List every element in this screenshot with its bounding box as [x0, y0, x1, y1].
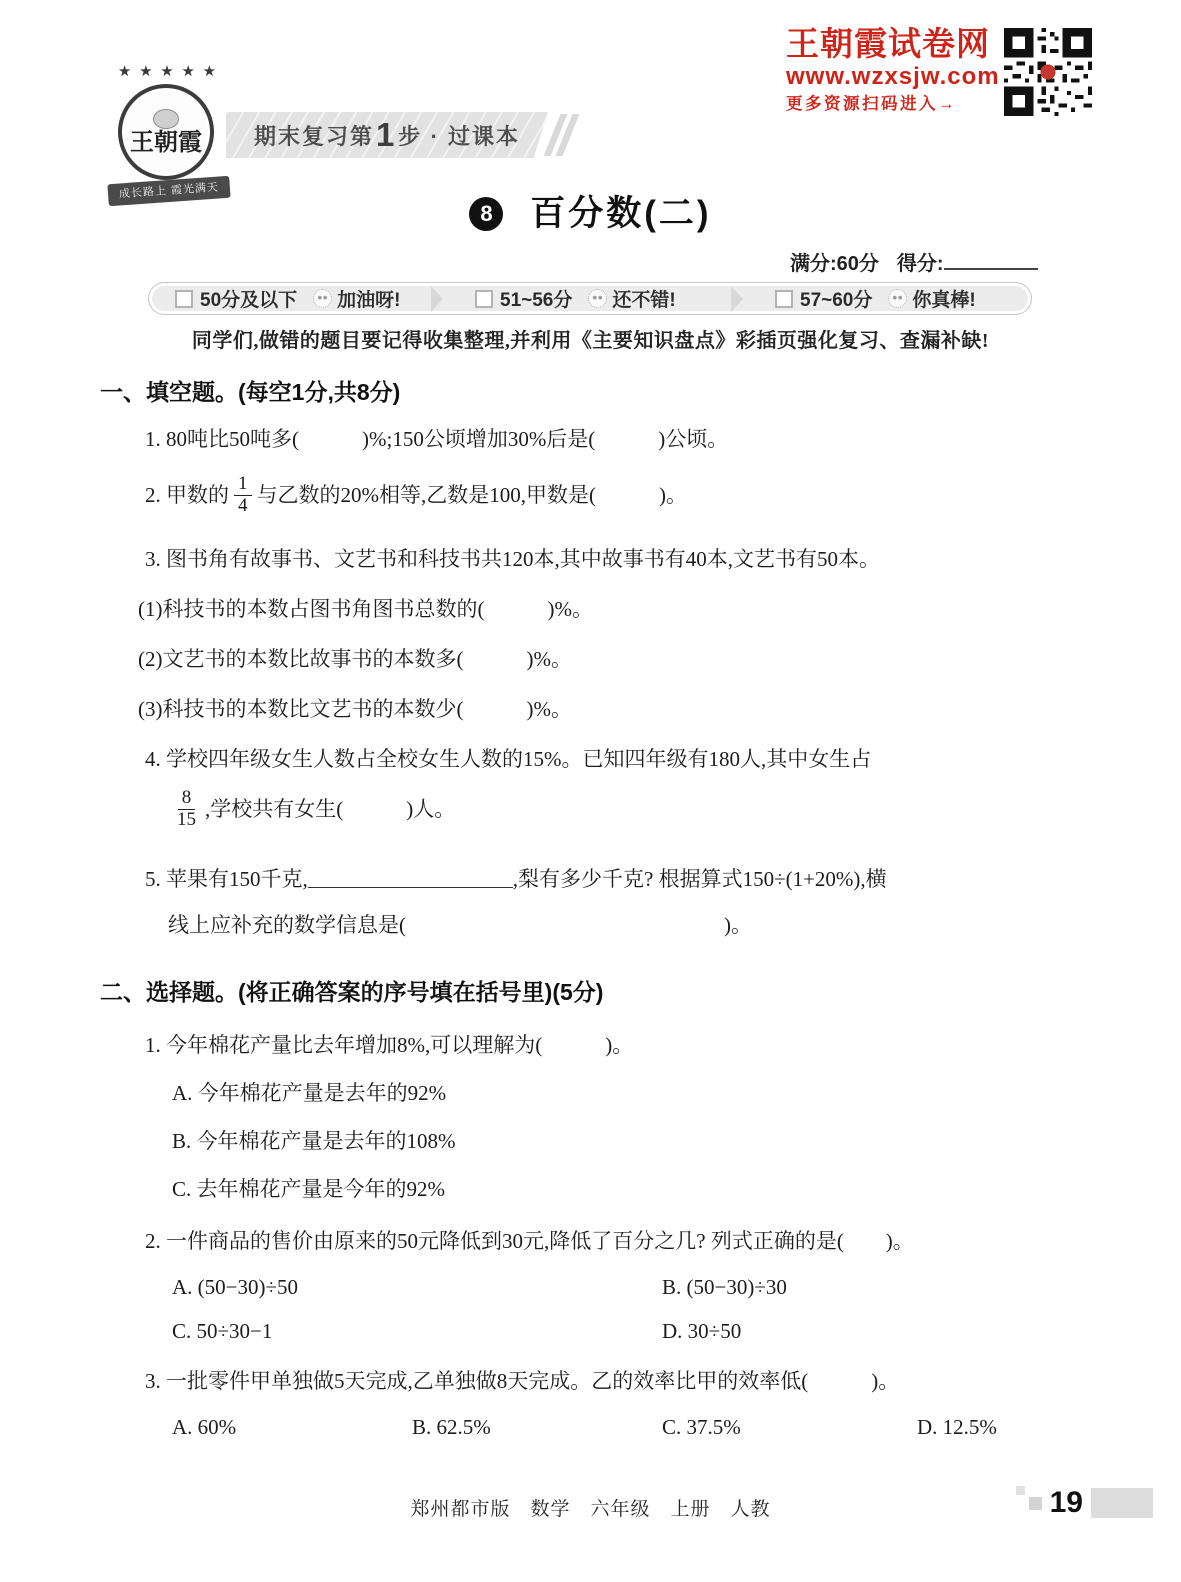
- deco-square: [1016, 1486, 1025, 1495]
- s1-question-5-line1: 5. 苹果有150千克,,梨有多少千克? 根据算式150÷(1+20%),横: [145, 864, 1088, 894]
- unit-number-badge: 8: [469, 197, 503, 231]
- band-separator: [731, 286, 743, 312]
- s2-q3-options-row: A. 60% B. 62.5% C. 37.5% D. 12.5%: [172, 1412, 1088, 1442]
- score-bands-bar: 50分及以下 加油呀! 51~56分 还不错! 57~60分 你真棒!: [148, 282, 1032, 315]
- qr-code-icon: [1004, 28, 1092, 116]
- portrait-icon: [153, 109, 179, 129]
- band-separator: [431, 286, 443, 312]
- s1-question-1: 1. 80吨比50吨多( )%;150公顷增加30%后是( )公顷。: [145, 424, 1088, 454]
- section1-heading: 一、填空题。(每空1分,共8分): [100, 376, 1088, 408]
- publisher-tagline: 更多资源扫码进入→: [786, 92, 1000, 116]
- s1-question-2: 2. 甲数的14与乙数的20%相等,乙数是100,甲数是( )。: [145, 466, 1088, 524]
- s2-question-3-stem: 3. 一批零件甲单独做5天完成,乙单独做8天完成。乙的效率比甲的效率低( )。: [145, 1366, 1088, 1396]
- publisher-block: 王朝霞试卷网 www.wzxsjw.com 更多资源扫码进入→: [786, 26, 1000, 116]
- edition-info: 郑州都市版 数学 六年级 上册 人教: [0, 1494, 1181, 1521]
- exam-page: 王朝霞试卷网 www.wzxsjw.com 更多资源扫码进入→: [0, 0, 1181, 1582]
- s2-q3-option-d: D. 12.5%: [917, 1412, 997, 1442]
- s1-question-4-line2: 815,学校共有女生( )人。: [168, 780, 1088, 838]
- score-band: 57~60分 你真棒!: [749, 285, 1031, 312]
- face-icon: [888, 289, 907, 308]
- score-checkbox[interactable]: [475, 290, 493, 308]
- page-title: 8 百分数(二): [0, 186, 1181, 236]
- step-banner: 期末复习第 1 步 · 过课本: [226, 112, 548, 158]
- deco-square: [1029, 1497, 1042, 1510]
- score-remark: 加油呀!: [337, 285, 400, 312]
- banner-prefix: 期末复习第: [254, 120, 374, 151]
- s2-q2-option-c: C. 50÷30−1: [172, 1316, 662, 1346]
- s2-q2-options-row1: A. (50−30)÷50 B. (50−30)÷30: [172, 1272, 1088, 1302]
- score-blank: [944, 252, 1038, 270]
- section2-heading: 二、选择题。(将正确答案的序号填在括号里)(5分): [100, 976, 1088, 1008]
- answer-blank: [308, 868, 513, 888]
- s2-q2-options-row2: C. 50÷30−1 D. 30÷50: [172, 1316, 1088, 1346]
- page-number: 19: [1050, 1486, 1083, 1520]
- s2-question-1-stem: 1. 今年棉花产量比去年增加8%,可以理解为( )。: [145, 1030, 1088, 1060]
- got-score-label: 得分:: [897, 253, 944, 275]
- s2-q2-option-a: A. (50−30)÷50: [172, 1272, 662, 1302]
- logo-badge: ★ ★ ★ ★ ★ 王朝霞 成长路上 霞光满天: [112, 64, 224, 202]
- star-icon: ★ ★ ★ ★ ★: [112, 62, 224, 81]
- s1-question-3-stem: 3. 图书角有故事书、文艺书和科技书共120本,其中故事书有40本,文艺书有50…: [145, 544, 1088, 574]
- notice-text: 同学们,做错的题目要记得收集整理,并利用《主要知识盘点》彩插页强化复习、查漏补缺…: [0, 324, 1181, 353]
- unit-title-text: 百分数(二): [530, 194, 711, 233]
- s2-q1-option-b: B. 今年棉花产量是去年的108%: [172, 1126, 1088, 1156]
- score-checkbox[interactable]: [175, 290, 193, 308]
- fraction: 815: [173, 788, 200, 831]
- score-range: 51~56分: [500, 285, 572, 312]
- publisher-name: 王朝霞试卷网: [786, 26, 1000, 62]
- s1-question-3-sub1: (1)科技书的本数占图书角图书总数的( )%。: [138, 594, 1088, 624]
- score-remark: 你真棒!: [912, 285, 975, 312]
- full-score-label: 满分:60分: [790, 253, 879, 275]
- s2-q1-option-a: A. 今年棉花产量是去年的92%: [172, 1078, 1088, 1108]
- banner-step-number: 1: [376, 116, 396, 154]
- score-line: 满分:60分得分:: [790, 247, 1038, 276]
- score-remark: 还不错!: [612, 285, 675, 312]
- score-checkbox[interactable]: [775, 290, 793, 308]
- question-area: 一、填空题。(每空1分,共8分) 1. 80吨比50吨多( )%;150公顷增加…: [100, 376, 1088, 1442]
- s1-question-5-line2: 线上应补充的数学信息是()。: [168, 910, 1088, 940]
- score-band: 50分及以下 加油呀!: [149, 285, 431, 312]
- publisher-url: www.wzxsjw.com: [786, 62, 1000, 92]
- page-number-block: 19: [1016, 1486, 1153, 1520]
- s2-q2-option-d: D. 30÷50: [662, 1316, 741, 1346]
- fraction: 14: [234, 474, 252, 517]
- s2-q1-option-c: C. 去年棉花产量是今年的92%: [172, 1174, 1088, 1204]
- deco-bar: [1091, 1488, 1153, 1518]
- logo-name: 王朝霞: [130, 131, 202, 155]
- s1-question-3-sub3: (3)科技书的本数比文艺书的本数少( )%。: [138, 694, 1088, 724]
- s2-q3-option-b: B. 62.5%: [412, 1412, 662, 1442]
- face-icon: [588, 289, 607, 308]
- s2-q3-option-a: A. 60%: [172, 1412, 412, 1442]
- s2-q3-option-c: C. 37.5%: [662, 1412, 917, 1442]
- score-band: 51~56分 还不错!: [449, 285, 731, 312]
- face-icon: [313, 289, 332, 308]
- s1-question-3-sub2: (2)文艺书的本数比故事书的本数多( )%。: [138, 644, 1088, 674]
- score-range: 50分及以下: [200, 285, 297, 312]
- s1-question-4-line1: 4. 学校四年级女生人数占全校女生人数的15%。已知四年级有180人,其中女生占: [145, 744, 1088, 774]
- banner-suffix: 步 · 过课本: [398, 120, 520, 151]
- score-range: 57~60分: [800, 285, 872, 312]
- logo-circle: 王朝霞: [118, 84, 214, 180]
- s2-question-2-stem: 2. 一件商品的售价由原来的50元降低到30元,降低了百分之几? 列式正确的是(…: [145, 1226, 1088, 1256]
- s2-q2-option-b: B. (50−30)÷30: [662, 1272, 787, 1302]
